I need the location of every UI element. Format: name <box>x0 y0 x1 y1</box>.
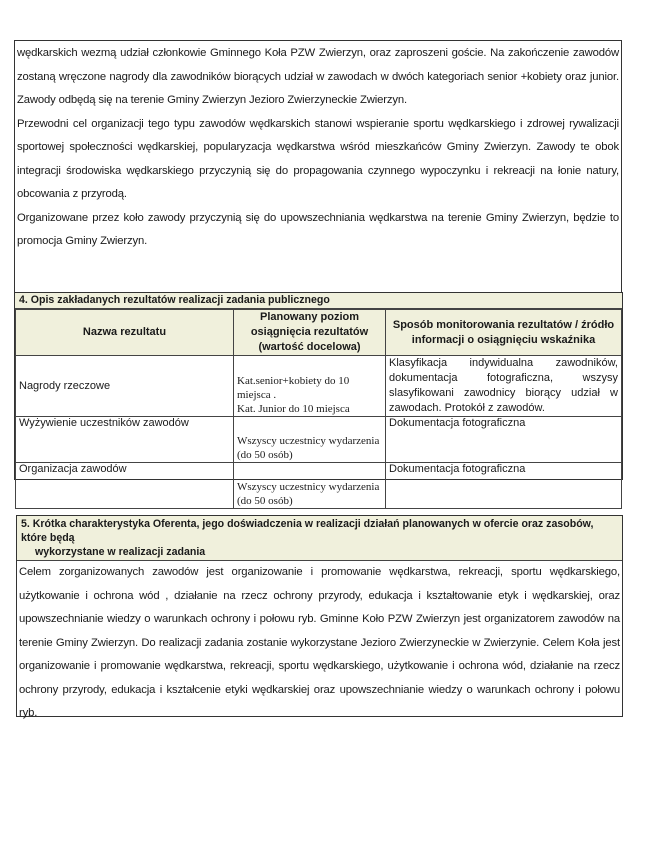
table-header-row: Nazwa rezultatu Planowany poziom osiągni… <box>16 310 622 356</box>
result-name: Wyżywienie uczestników zawodów <box>16 417 234 463</box>
table-row: Organizacja zawodów Wszyscy uczestnicy w… <box>16 463 622 509</box>
section-title: 4. Opis zakładanych rezultatów realizacj… <box>15 293 622 309</box>
applicant-characteristics-section: 5. Krótka charakterystyka Oferenta, jego… <box>16 515 623 717</box>
section-title-line: wykorzystane w realizacji zadania <box>21 545 618 559</box>
result-level: Kat.senior+kobiety do 10 miejsca . Kat. … <box>234 356 386 417</box>
project-description-box: wędkarskich wezmą udział członkowie Gmin… <box>14 40 622 293</box>
result-monitoring: Klasyfikacja indywidualna zawodników, do… <box>386 356 622 417</box>
section-title-line: 5. Krótka charakterystyka Oferenta, jego… <box>21 518 593 544</box>
description-paragraph: wędkarskich wezmą udział członkowie Gmin… <box>17 42 619 113</box>
column-header: Nazwa rezultatu <box>16 310 234 356</box>
description-paragraph: Przewodni cel organizacji tego typu zawo… <box>17 113 619 207</box>
description-paragraph: Organizowane przez koło zawody przyczyni… <box>17 207 619 254</box>
result-name: Nagrody rzeczowe <box>16 356 234 417</box>
results-section: 4. Opis zakładanych rezultatów realizacj… <box>14 292 623 480</box>
result-name: Organizacja zawodów <box>16 463 234 509</box>
result-level: Wszyscy uczestnicy wydarzenia (do 50 osó… <box>234 417 386 463</box>
result-level: Wszyscy uczestnicy wydarzenia (do 50 osó… <box>234 463 386 509</box>
results-table: Nazwa rezultatu Planowany poziom osiągni… <box>15 309 622 509</box>
result-monitoring: Dokumentacja fotograficzna <box>386 463 622 509</box>
result-monitoring: Dokumentacja fotograficzna <box>386 417 622 463</box>
table-row: Wyżywienie uczestników zawodów Wszyscy u… <box>16 417 622 463</box>
column-header: Sposób monitorowania rezultatów / źródło… <box>386 310 622 356</box>
table-row: Nagrody rzeczowe Kat.senior+kobiety do 1… <box>16 356 622 417</box>
section-title: 5. Krótka charakterystyka Oferenta, jego… <box>17 516 622 561</box>
characteristics-text: Celem zorganizowanych zawodów jest organ… <box>19 561 620 726</box>
column-header: Planowany poziom osiągnięcia rezultatów … <box>234 310 386 356</box>
